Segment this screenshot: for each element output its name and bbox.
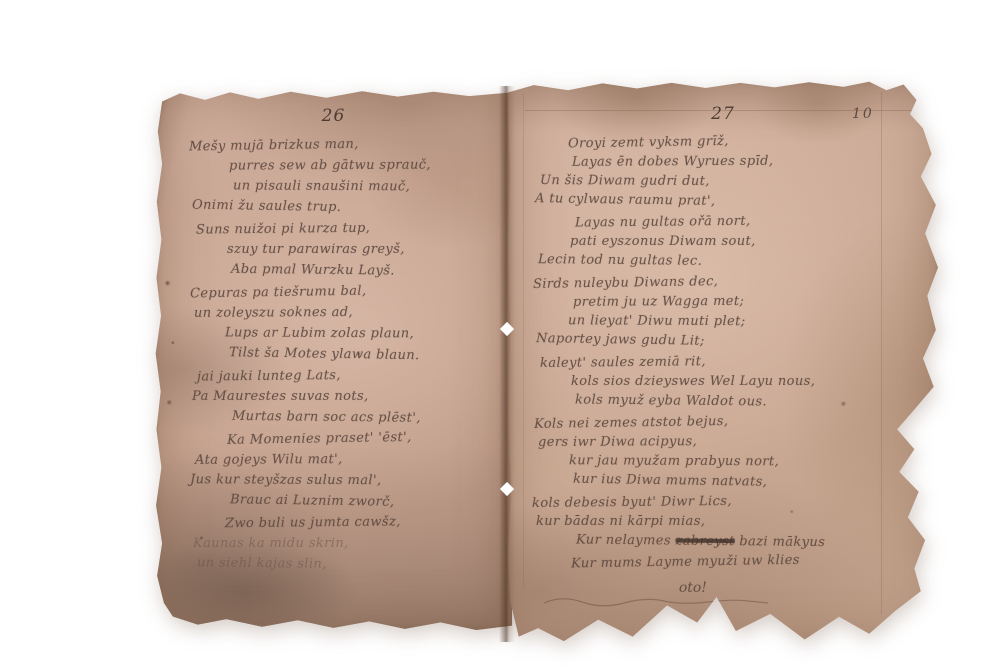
manuscript-line: Ata gojeys Wilu mat', — [195, 448, 496, 471]
manuscript-line: Layas nu gultas ořā nort, — [539, 210, 908, 234]
manuscript-line: purres sew ab gātwu sprauč, — [193, 154, 496, 177]
manuscript-line: jai jauki lunteg Lats, — [197, 363, 496, 387]
manuscript-line: un siehl kajas slin, — [197, 552, 496, 576]
book-gutter — [499, 86, 515, 642]
manuscript-page-right-wrap: 27 10 Oroyi zemt vyksm grīž,Layas ēn dob… — [508, 80, 938, 648]
manuscript-line: Zwo buli us jumta cawšz, — [189, 510, 496, 534]
manuscript-line: Kur mums Layme myuži uw klies — [535, 549, 908, 575]
manuscript-line: pretim ju uz Wagga met; — [537, 291, 908, 313]
pen-flourish-line — [542, 594, 772, 610]
manuscript-page-left-wrap: 26 Mešy mujā brizkus man,purres sew ab g… — [155, 88, 512, 630]
manuscript-line: Pa Maurestes suvas nots, — [192, 386, 496, 407]
manuscript-line: un zoleyszu soknes ad, — [194, 301, 496, 324]
manuscript-page-left: 26 Mešy mujā brizkus man,purres sew ab g… — [155, 88, 512, 630]
page-text-right: Oroyi zemt vyksm grīž,Layas ēn dobes Wyr… — [508, 132, 938, 572]
manuscript-line: Layas ēn dobes Wyrues spīd, — [536, 151, 908, 173]
manuscript-line: gers iwr Diwa acipyus, — [538, 431, 908, 453]
manuscript-line: kaleyt' saules zemiā rit, — [540, 350, 908, 374]
page-number-left: 26 — [155, 106, 512, 126]
folio-number: 10 — [852, 106, 874, 122]
photo-background: 26 Mešy mujā brizkus man,purres sew ab g… — [0, 0, 1000, 667]
manuscript-line: kols debesis byut' Diwr Lics, — [532, 490, 908, 514]
manuscript-line: kur bādas ni kārpi mias, — [536, 512, 908, 532]
crossed-out-word: zabreyst — [675, 533, 734, 549]
page-text-left: Mešy mujā brizkus man,purres sew ab gātw… — [155, 134, 512, 575]
manuscript-line: un pisauli snaušini mauč, — [197, 175, 496, 198]
manuscript-line: pati eyszonus Diwam sout, — [534, 232, 908, 252]
manuscript-line: Suns nuižoi pi kurza tup, — [196, 216, 496, 240]
manuscript-line: szuy tur parawiras greyš, — [191, 239, 496, 260]
manuscript-page-right: 27 10 Oroyi zemt vyksm grīž,Layas ēn dob… — [508, 80, 938, 648]
manuscript-line: Kaunas ka midu skrin, — [193, 533, 496, 554]
manuscript-line: kols sios dzieyswes Wel Layu nous, — [535, 372, 908, 392]
